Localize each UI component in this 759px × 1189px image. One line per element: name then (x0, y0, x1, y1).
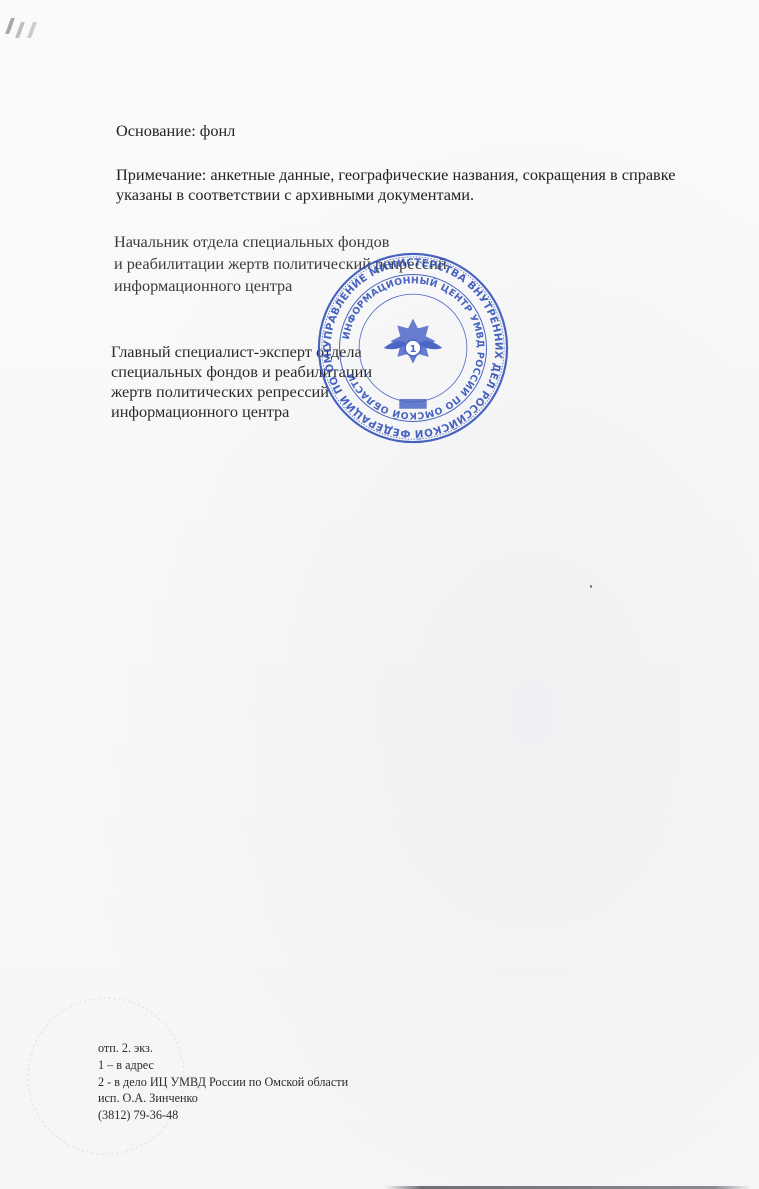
footer-line: (3812) 79-36-48 (98, 1107, 348, 1124)
stamp-bar (399, 399, 426, 409)
official-stamp: УПРАВЛЕНИЕ МИНИСТЕРСТВА ВНУТРЕННИХ ДЕЛ Р… (315, 250, 511, 446)
footer-line: исп. О.А. Зинченко (98, 1090, 348, 1107)
svg-text:1: 1 (410, 344, 417, 355)
footer-line: отп. 2. экз. (98, 1040, 348, 1057)
note-paragraph: Примечание: анкетные данные, географичес… (116, 165, 675, 205)
police-emblem-icon: 1 (384, 319, 443, 364)
footer-line: 2 - в дело ИЦ УМВД России по Омской обла… (98, 1074, 348, 1091)
distribution-footer: отп. 2. экз. 1 – в адрес 2 - в дело ИЦ У… (98, 1040, 348, 1124)
speck (590, 585, 592, 588)
footer-line: 1 – в адрес (98, 1057, 348, 1074)
note-line: указаны в соответствии с архивными докум… (116, 185, 675, 205)
note-line: Примечание: анкетные данные, географичес… (116, 165, 675, 185)
basis-line: Основание: фонл (116, 121, 235, 141)
